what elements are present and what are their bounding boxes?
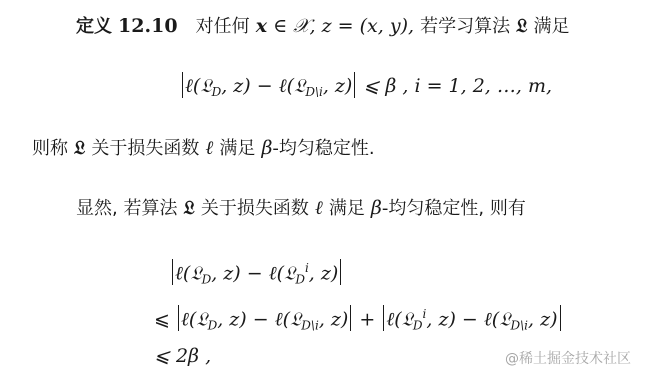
consequence-paragraph: 显然, 若算法 𝔏 关于损失函数 ℓ 满足 β-均匀稳定性, 则有 xyxy=(76,196,526,221)
equation-derivation-line-1: ℓ(𝔏D, z) − ℓ(𝔏Di, z) xyxy=(170,256,343,291)
equation-derivation-line-3: ⩽ 2β , xyxy=(154,344,211,368)
definition-line: 定义 12.10 对任何 x ∈ 𝒳, z = (x, y), 若学习算法 𝔏 … xyxy=(76,14,569,39)
equation-derivation-line-2: ⩽ ℓ(𝔏D, z) − ℓ(𝔏D\i, z) + ℓ(𝔏Di, z) − ℓ(… xyxy=(154,302,563,337)
equation-uniform-stability: ℓ(𝔏D, z) − ℓ(𝔏D\i, z) ⩽ β , i = 1, 2, …,… xyxy=(180,72,552,104)
definition-number: 12.10 xyxy=(118,15,178,37)
definition-conclusion: 则称 𝔏 关于损失函数 ℓ 满足 β-均匀稳定性. xyxy=(32,136,375,161)
watermark: @稀土掘金技术社区 xyxy=(505,348,631,368)
definition-label: 定义 xyxy=(76,16,112,37)
